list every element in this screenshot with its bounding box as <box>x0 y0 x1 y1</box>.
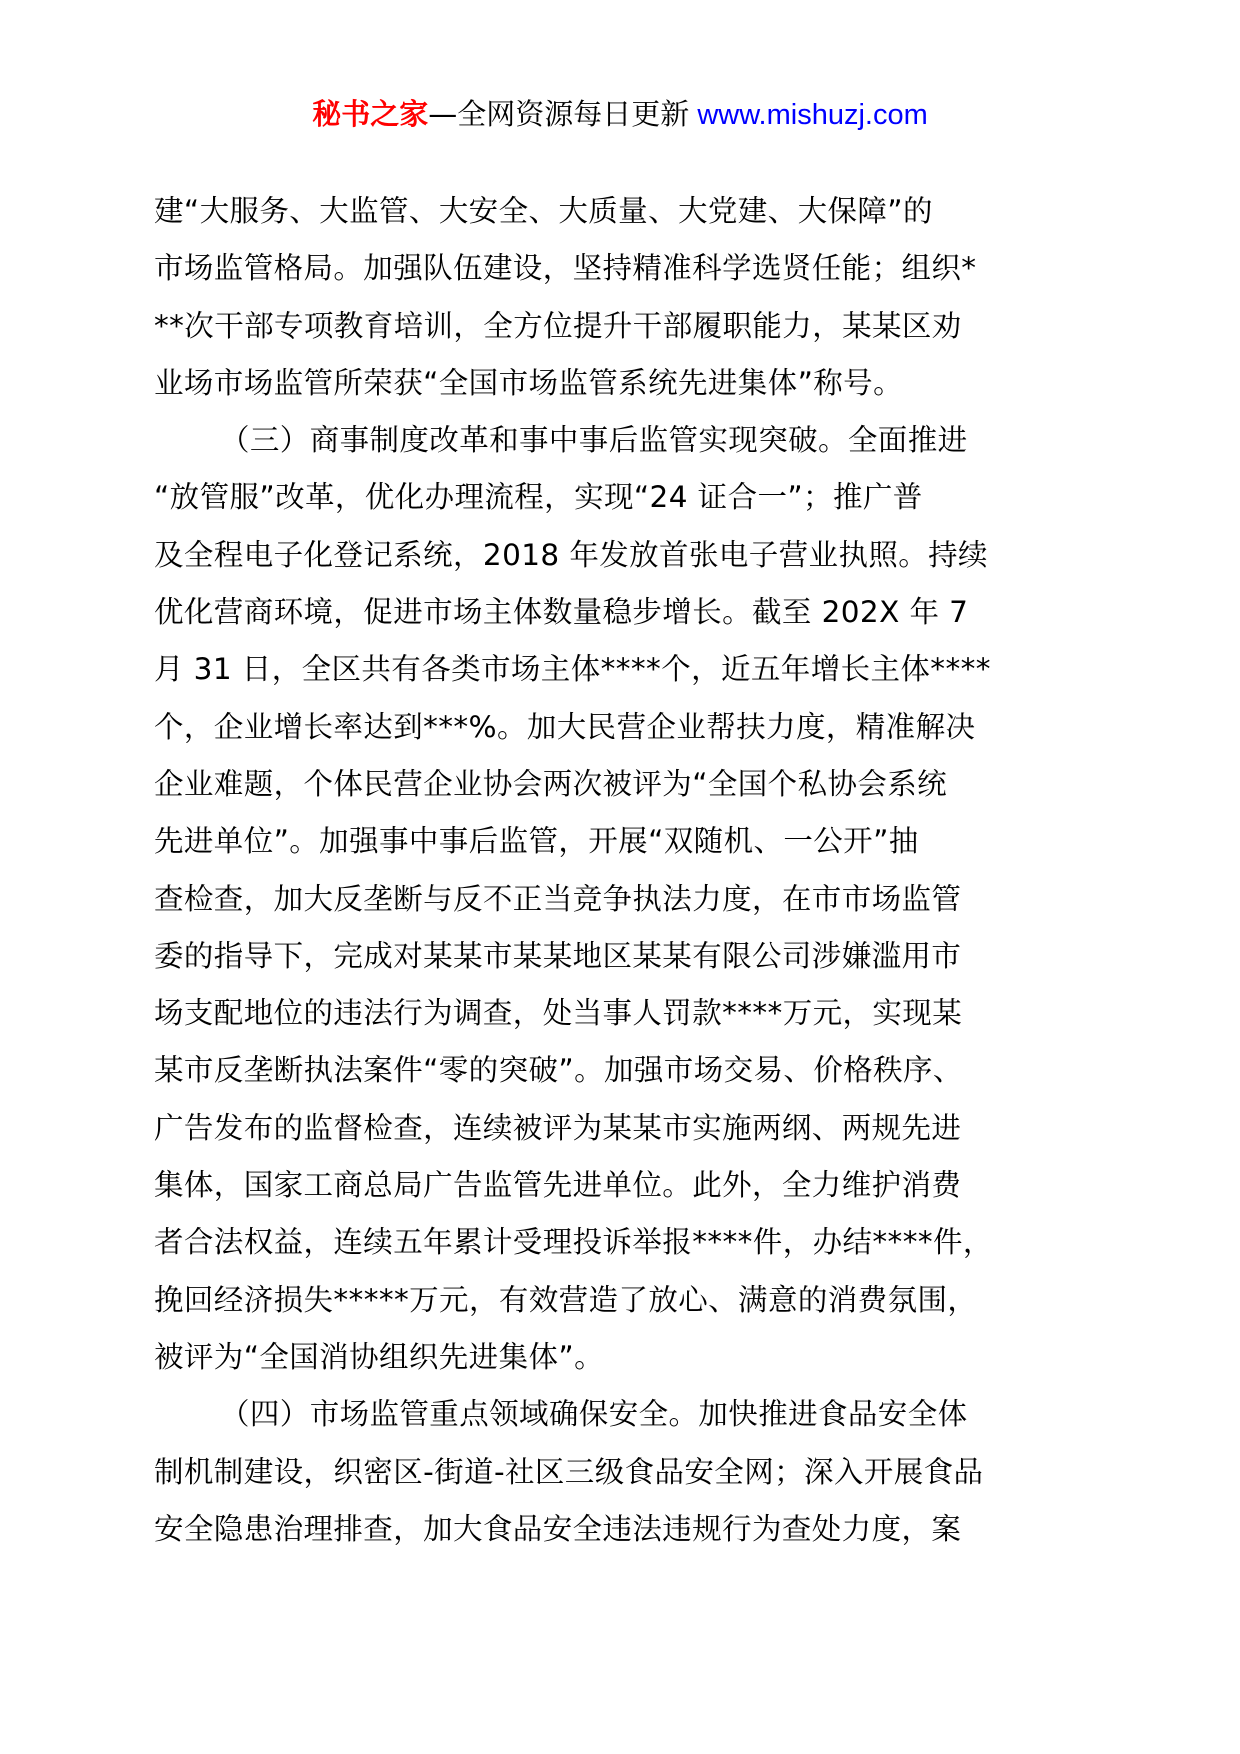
text-line: 制机制建设，织密区-街道-社区三级食品安全网；深入开展食品 <box>154 1444 1094 1501</box>
text-line: 者合法权益，连续五年累计受理投诉举报****件，办结****件， <box>154 1214 1094 1271</box>
text-line: “放管服”改革，优化办理流程，实现“24 证合一”；推广普 <box>154 469 1094 526</box>
text-line: 委的指导下，完成对某某市某某地区某某有限公司涉嫌滥用市 <box>154 928 1094 985</box>
text-line: 优化营商环境，促进市场主体数量稳步增长。截至 202X 年 7 <box>154 584 1094 641</box>
text-line: 集体，国家工商总局广告监管先进单位。此外，全力维护消费 <box>154 1157 1094 1214</box>
section-heading-line: （三）商事制度改革和事中事后监管实现突破。全面推进 <box>154 412 1094 469</box>
text-line: 被评为“全国消协组织先进集体”。 <box>154 1329 1094 1386</box>
text-line: 场支配地位的违法行为调查，处当事人罚款****万元，实现某 <box>154 985 1094 1042</box>
text-line: 先进单位”。加强事中事后监管，开展“双随机、一公开”抽 <box>154 813 1094 870</box>
text-line: 安全隐患治理排查，加大食品安全违法违规行为查处力度，案 <box>154 1501 1094 1558</box>
text-line: 个，企业增长率达到***%。加大民营企业帮扶力度，精准解决 <box>154 699 1094 756</box>
document-body: 建“大服务、大监管、大安全、大质量、大党建、大保障”的 市场监管格局。加强队伍建… <box>154 183 1094 1558</box>
text-line: 挽回经济损失*****万元，有效营造了放心、满意的消费氛围， <box>154 1272 1094 1329</box>
page-header: 秘书之家—全网资源每日更新 www.mishuzj.com <box>0 92 1240 137</box>
text-line: 广告发布的监督检查，连续被评为某某市实施两纲、两规先进 <box>154 1100 1094 1157</box>
text-line: 市场监管格局。加强队伍建设，坚持精准科学选贤任能；组织* <box>154 240 1094 297</box>
text-line: 月 31 日，全区共有各类市场主体****个，近五年增长主体**** <box>154 641 1094 698</box>
text-line: 建“大服务、大监管、大安全、大质量、大党建、大保障”的 <box>154 183 1094 240</box>
text-line: 查检查，加大反垄断与反不正当竞争执法力度，在市市场监管 <box>154 871 1094 928</box>
site-tagline: —全网资源每日更新 <box>428 97 689 131</box>
section-heading-line: （四）市场监管重点领域确保安全。加快推进食品安全体 <box>154 1386 1094 1443</box>
text-line: **次干部专项教育培训，全方位提升干部履职能力，某某区劝 <box>154 298 1094 355</box>
text-line: 企业难题，个体民营企业协会两次被评为“全国个私协会系统 <box>154 756 1094 813</box>
site-brand: 秘书之家 <box>312 97 428 131</box>
text-line: 及全程电子化登记系统，2018 年发放首张电子营业执照。持续 <box>154 527 1094 584</box>
text-line: 业场市场监管所荣获“全国市场监管系统先进集体”称号。 <box>154 355 1094 412</box>
site-url-link[interactable]: www.mishuzj.com <box>689 99 928 131</box>
text-line: 某市反垄断执法案件“零的突破”。加强市场交易、价格秩序、 <box>154 1042 1094 1099</box>
